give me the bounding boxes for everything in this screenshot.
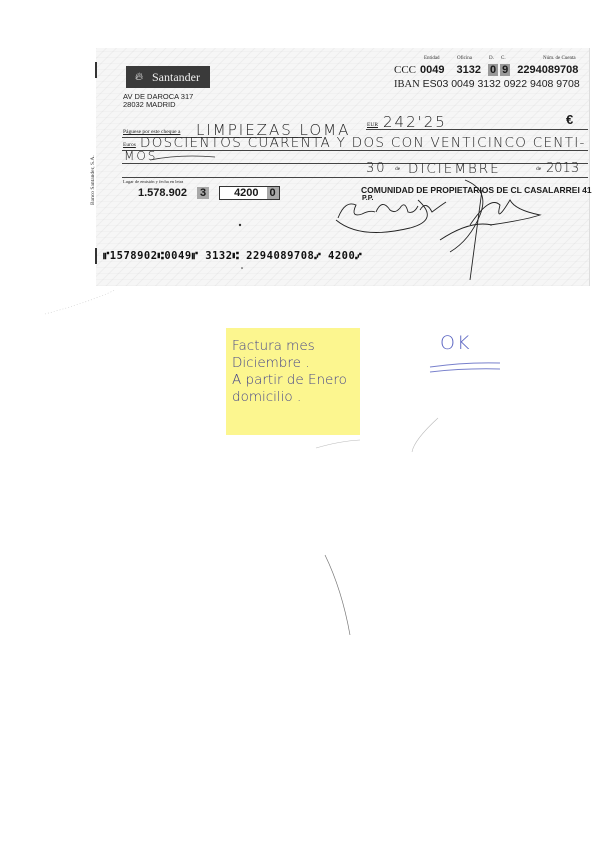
place-date-label: Lugar de emisión y fecha en letra <box>123 179 183 184</box>
d-label: D. <box>489 56 494 61</box>
cuenta-label: Núm. de Cuenta <box>543 56 576 61</box>
ccc-row: CCC 0049 3132 0 9 2294089708 <box>394 64 578 76</box>
account-holder: COMUNIDAD DE PROPIETARIOS DE CL CASALARR… <box>361 185 592 195</box>
date-line <box>122 177 588 178</box>
date-year: 2013 <box>546 161 579 176</box>
words-label: Euros <box>123 142 136 148</box>
bank-address: AV DE DAROCA 317 28032 MADRID <box>123 93 193 109</box>
oficina-value: 3132 <box>457 64 481 76</box>
date-de-1: de <box>395 166 400 172</box>
santander-flame-icon: 🔥︎ <box>130 71 148 84</box>
iban-value: ES03 0049 3132 0922 9408 9708 <box>423 78 580 90</box>
c-label: C. <box>501 56 506 61</box>
cuenta-value: 2294089708 <box>517 64 578 76</box>
margin-mark <box>95 248 97 264</box>
bank-logo: 🔥︎ Santander <box>126 66 210 88</box>
amount-words-line-2: MOS <box>124 149 157 163</box>
ok-annotation: OK <box>440 332 471 354</box>
currency-label: EUR <box>367 122 378 128</box>
amount-words-line-1: DOSCIENTOS CUARENTA Y DOS CON VENTICINCO… <box>140 135 586 151</box>
words-line-1 <box>122 150 588 151</box>
code-value: 4200 <box>234 187 258 199</box>
micr-line: ⑈1578902⑆0049⑈ 3132⑆ 2294089708⑇ 4200⑇ <box>103 250 362 262</box>
sticky-note-text: Factura mes Diciembre . A partir de Ener… <box>232 338 347 406</box>
ccc-label: CCC <box>394 64 416 76</box>
serial-check-digit: 3 <box>197 187 209 199</box>
entidad-label: Entidad <box>424 56 440 61</box>
legal-vertical-text: Banco Santander, S.A. <box>90 155 96 205</box>
serial-number: 1.578.902 <box>138 187 187 199</box>
entidad-value: 0049 <box>420 64 444 76</box>
date-month: DICIEMBRE <box>408 161 501 177</box>
words-line-2 <box>122 163 588 164</box>
euro-icon: € <box>566 112 573 127</box>
bank-name: Santander <box>152 70 200 85</box>
code-box: 4200 0 <box>219 186 280 200</box>
code-check-digit: 0 <box>267 187 279 199</box>
date-day: 30 <box>366 161 387 176</box>
iban-label: IBAN <box>394 79 420 90</box>
iban-row: IBAN ES03 0049 3132 0922 9408 9708 <box>394 78 580 90</box>
pp-label: P.P. <box>362 195 373 202</box>
serial-codes: 1.578.902 3 4200 0 <box>138 186 280 200</box>
margin-mark <box>95 62 97 78</box>
date-de-2: de <box>536 166 541 172</box>
dc1-value: 0 <box>488 64 498 76</box>
oficina-label: Oficina <box>457 56 472 61</box>
dc2-value: 9 <box>500 64 510 76</box>
address-line-2: 28032 MADRID <box>123 101 193 109</box>
amount-line <box>366 129 588 130</box>
